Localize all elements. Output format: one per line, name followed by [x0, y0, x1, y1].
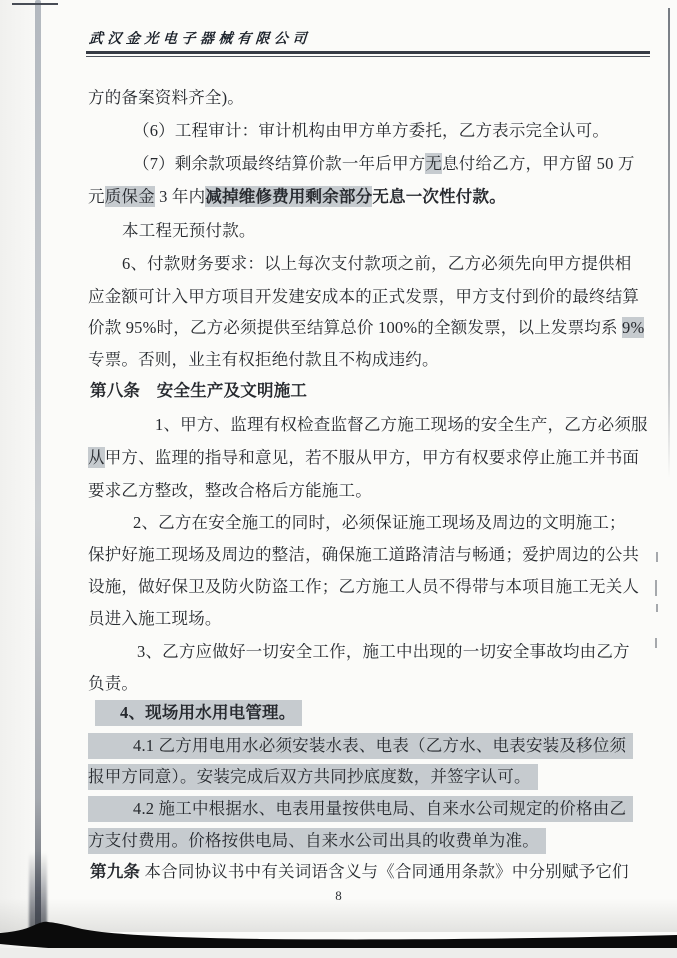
text-segment: 3 年内 — [155, 186, 206, 207]
text-segment: 4.1 乙方用电用水必须安装水表、电表（乙方水、电表安装及移位须 — [133, 735, 626, 756]
scanner-background — [0, 948, 677, 958]
text-segment: 无息一次性付款。 — [372, 186, 506, 207]
text-line: 本工程无预付款。 — [122, 219, 256, 242]
text-segment: 员进入施工现场。 — [88, 608, 222, 629]
text-line: 从甲方、监理的指导和意见，若不服从甲方，甲方有权要求停止施工并书面 — [88, 446, 639, 469]
text-segment: 1、甲方、监理有权检查监督乙方施工现场的安全生产，乙方必须服 — [155, 414, 648, 435]
text-segment: 方的备案资料齐全)。 — [88, 87, 244, 108]
text-segment: 息付给乙方，甲方留 50 万 — [442, 153, 635, 174]
text-line: 第九条 本合同协议书中有关词语含义与《合同通用条款》中分别赋予它们 — [90, 860, 629, 883]
text-segment: 负责。 — [88, 673, 138, 694]
text-segment: 设施，做好保卫及防火防盗工作；乙方施工人员不得带与本项目施工无关人 — [88, 576, 639, 597]
header-rule — [86, 51, 650, 54]
text-line: 方支付费用。价格按供电局、自来水公司出具的收费单为准。 — [88, 828, 546, 854]
scan-edge-mark-top — [12, 3, 58, 5]
text-line: 专票。否则，业主有权拒绝付款且不构成违约。 — [88, 348, 439, 371]
text-line: 方的备案资料齐全)。 — [88, 86, 244, 109]
text-line: 3、乙方应做好一切安全工作，施工中出现的一切安全事故均由乙方 — [137, 640, 630, 663]
text-line: 应金额可计入甲方项目开发建安成本的正式发票，甲方支付到价的最终结算 — [88, 285, 639, 308]
text-line: 负责。 — [88, 672, 138, 695]
page-fold-line — [35, 0, 41, 940]
text-segment: 本工程无预付款。 — [122, 220, 256, 241]
text-line: 报甲方同意）。安装完成后双方共同抄底度数，并签字认可。 — [88, 764, 538, 790]
text-line: 价款 95%时，乙方必须提供至结算总价 100%的全额发票，以上发票均系 9% — [88, 316, 644, 339]
header-rule-thin — [86, 56, 650, 57]
highlighted-text: 减掉维修费用剩余部分 — [205, 186, 372, 207]
text-line: 保护好施工现场及周边的整洁，确保施工道路清洁与畅通；爱护周边的公共 — [88, 543, 639, 566]
scan-mark — [655, 638, 657, 648]
text-segment: 专票。否则，业主有权拒绝付款且不构成违约。 — [88, 349, 439, 370]
highlighted-text: 9% — [622, 317, 644, 338]
text-line: 员进入施工现场。 — [88, 607, 222, 630]
highlighted-text: 质保金 — [105, 186, 155, 207]
text-line: 元质保金 3 年内减掉维修费用剩余部分无息一次性付款。 — [88, 185, 506, 208]
text-segment: 第九条 — [90, 861, 140, 882]
text-segment: （7）剩余款项最终结算价款一年后甲方 — [133, 153, 425, 174]
scan-mark — [656, 604, 658, 612]
left-margin-shade — [0, 0, 36, 958]
text-segment: 报甲方同意）。安装完成后双方共同抄底度数，并签字认可。 — [88, 766, 531, 787]
highlighted-text: 从 — [88, 447, 105, 468]
text-segment: 本合同协议书中有关词语含义与《合同通用条款》中分别赋予它们 — [140, 861, 629, 882]
page-edge-line-right — [668, 8, 670, 478]
text-segment: 甲方、监理的指导和意见，若不服从甲方，甲方有权要求停止施工并书面 — [105, 447, 639, 468]
text-segment: 保护好施工现场及周边的整洁，确保施工道路清洁与畅通；爱护周边的公共 — [88, 544, 639, 565]
company-name-header: 武汉金光电子器械有限公司 — [88, 28, 311, 48]
text-segment: 2、乙方在安全施工的同时，必须保证施工现场及周边的文明施工； — [133, 512, 626, 533]
text-segment: （6）工程审计：审计机构由甲方单方委托，乙方表示完全认可。 — [133, 120, 609, 141]
text-segment: 4、现场用水用电管理。 — [120, 702, 295, 723]
text-line: 6、付款财务要求：以上每次支付款项之前，乙方必须先向甲方提供相 — [122, 252, 631, 275]
text-segment: 4.2 施工中根据水、电表用量按供电局、自来水公司规定的价格由乙 — [133, 798, 626, 819]
text-segment: 要求乙方整改，整改合格后方能施工。 — [88, 480, 372, 501]
text-line: 4.1 乙方用电用水必须安装水表、电表（乙方水、电表安装及移位须 — [88, 733, 633, 759]
text-line: 设施，做好保卫及防火防盗工作；乙方施工人员不得带与本项目施工无关人 — [88, 575, 639, 598]
text-line: 要求乙方整改，整改合格后方能施工。 — [88, 479, 372, 502]
text-segment: 第八条 安全生产及文明施工 — [90, 380, 307, 401]
text-segment: 元 — [88, 186, 105, 207]
text-segment: 价款 95%时，乙方必须提供至结算总价 100%的全额发票，以上发票均系 — [88, 317, 622, 338]
scan-mark — [655, 580, 657, 596]
text-segment: 3、乙方应做好一切安全工作，施工中出现的一切安全事故均由乙方 — [137, 641, 630, 662]
text-line: 4.2 施工中根据水、电表用量按供电局、自来水公司规定的价格由乙 — [88, 796, 633, 822]
text-line: 2、乙方在安全施工的同时，必须保证施工现场及周边的文明施工； — [133, 511, 626, 534]
text-line: 第八条 安全生产及文明施工 — [90, 379, 307, 402]
text-line: （7）剩余款项最终结算价款一年后甲方无息付给乙方，甲方留 50 万 — [133, 152, 635, 175]
text-line: 4、现场用水用电管理。 — [95, 700, 302, 726]
text-line: 1、甲方、监理有权检查监督乙方施工现场的安全生产，乙方必须服 — [155, 413, 648, 436]
highlighted-text: 无 — [425, 153, 442, 174]
scan-mark — [656, 552, 658, 562]
text-segment: 方支付费用。价格按供电局、自来水公司出具的收费单为准。 — [88, 830, 539, 851]
scanned-contract-page: 武汉金光电子器械有限公司 方的备案资料齐全)。（6）工程审计：审计机构由甲方单方… — [0, 0, 677, 958]
text-segment: 6、付款财务要求：以上每次支付款项之前，乙方必须先向甲方提供相 — [122, 253, 631, 274]
text-line: （6）工程审计：审计机构由甲方单方委托，乙方表示完全认可。 — [133, 119, 609, 142]
text-segment: 应金额可计入甲方项目开发建安成本的正式发票，甲方支付到价的最终结算 — [88, 286, 639, 307]
